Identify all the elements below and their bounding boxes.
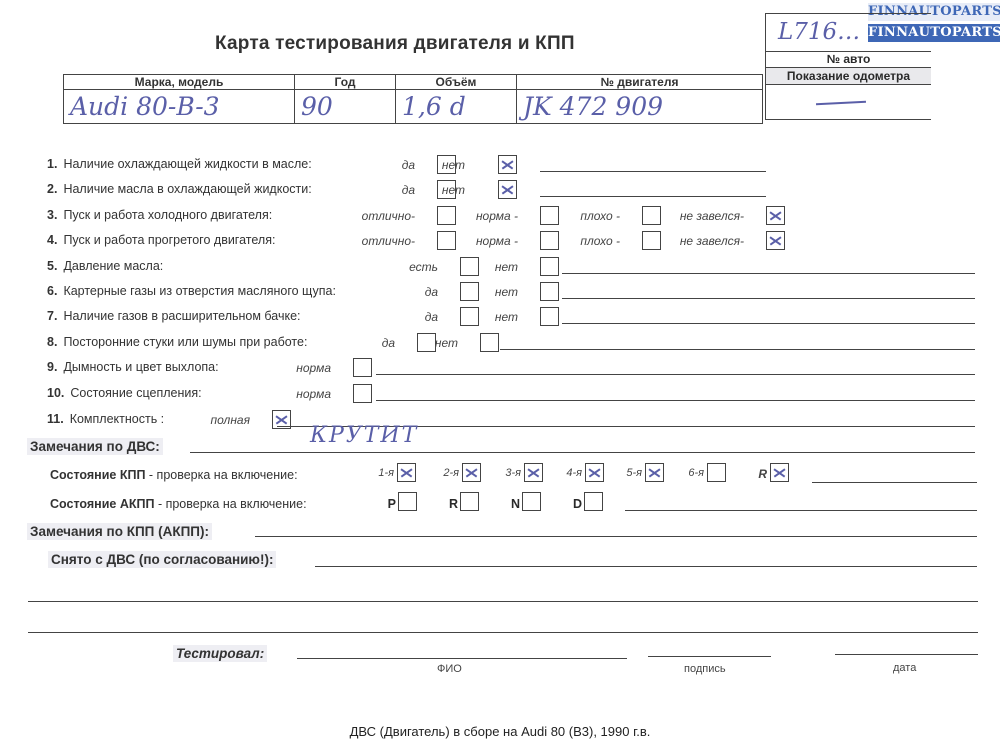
question-text: Наличие охлаждающей жидкости в масле:: [63, 157, 311, 171]
removed-from-engine-line[interactable]: [315, 566, 977, 567]
gear-label: 4-я: [566, 467, 582, 479]
question-number: 9.: [47, 360, 57, 374]
option-label: нет: [495, 285, 518, 299]
fio-caption: ФИО: [437, 663, 462, 675]
question-number: 6.: [47, 284, 57, 298]
auto-info-box: L716… № авто Показание одометра: [765, 13, 931, 120]
checkbox[interactable]: [498, 155, 517, 174]
column-header-year: Год: [295, 75, 396, 90]
checkbox[interactable]: [540, 231, 559, 250]
vehicle-info-table: Марка, модель Год Объём № двигателя Audi…: [63, 74, 763, 124]
checkbox[interactable]: [437, 231, 456, 250]
checkbox[interactable]: [437, 206, 456, 225]
fio-line[interactable]: [297, 658, 627, 659]
engine-number-field[interactable]: JK 472 909: [517, 90, 763, 124]
question-label: 2.Наличие масла в охлаждающей жидкости:: [47, 182, 312, 196]
option-label: нет: [495, 310, 518, 324]
question-text: Картерные газы из отверстия масляного щу…: [63, 284, 335, 298]
answer-line[interactable]: [540, 171, 766, 172]
question-text: Комплектность :: [70, 412, 164, 426]
gear-checkbox[interactable]: [645, 463, 664, 482]
question-number: 11.: [47, 412, 64, 426]
option-label: отлично-: [362, 209, 415, 223]
gear-label: 3-я: [505, 467, 521, 479]
question-text: Давление масла:: [63, 259, 163, 273]
checkbox[interactable]: [460, 307, 479, 326]
question-number: 1.: [47, 157, 57, 171]
answer-line[interactable]: [562, 273, 975, 274]
checkbox[interactable]: [540, 307, 559, 326]
option-label: плохо -: [580, 234, 620, 248]
gear-label: 5-я: [626, 467, 642, 479]
checkbox[interactable]: [540, 257, 559, 276]
option-label: не завелся-: [680, 234, 744, 248]
checkbox[interactable]: [498, 180, 517, 199]
question-text: Наличие газов в расширительном бачке:: [63, 309, 300, 323]
position-label: D: [573, 497, 582, 511]
removed-from-engine-label: Снято с ДВС (по согласованию!):: [48, 551, 276, 568]
option-label: да: [402, 183, 415, 197]
gear-checkbox[interactable]: [462, 463, 481, 482]
date-line[interactable]: [835, 654, 978, 655]
option-label: не завелся-: [680, 209, 744, 223]
auto-number-label: № авто: [766, 52, 931, 68]
position-label: N: [511, 497, 520, 511]
option-label: нет: [442, 183, 465, 197]
gear-label: 2-я: [443, 467, 459, 479]
gear-label: 6-я: [688, 467, 704, 479]
checkbox[interactable]: [642, 231, 661, 250]
image-caption: ДВС (Двигатель) в сборе на Audi 80 (B3),…: [0, 724, 1000, 739]
position-checkbox[interactable]: [460, 492, 479, 511]
checkbox[interactable]: [417, 333, 436, 352]
column-header-volume: Объём: [396, 75, 517, 90]
option-label: да: [402, 158, 415, 172]
option-label: да: [425, 285, 438, 299]
manual-gearbox-line: [812, 482, 977, 483]
year-field[interactable]: 90: [295, 90, 396, 124]
position-checkbox[interactable]: [584, 492, 603, 511]
option-label: плохо -: [580, 209, 620, 223]
checkbox[interactable]: [540, 282, 559, 301]
question-label: 4.Пуск и работа прогретого двигателя:: [47, 233, 275, 247]
checkbox[interactable]: [353, 384, 372, 403]
answer-line[interactable]: [562, 323, 975, 324]
volume-field[interactable]: 1,6 d: [396, 90, 517, 124]
extra-line-2[interactable]: [28, 632, 978, 633]
question-text: Состояние сцепления:: [70, 386, 201, 400]
option-label: норма: [296, 361, 331, 375]
question-label: 8.Посторонние стуки или шумы при работе:: [47, 335, 307, 349]
option-label: норма -: [476, 209, 518, 223]
answer-line[interactable]: [500, 349, 975, 350]
checkbox[interactable]: [353, 358, 372, 377]
remarks-engine-value[interactable]: КРУТИТ: [310, 423, 418, 448]
auto-gearbox-line: [625, 510, 977, 511]
column-header-model: Марка, модель: [64, 75, 295, 90]
gear-label: 1-я: [378, 467, 394, 479]
option-label: нет: [442, 158, 465, 172]
question-number: 10.: [47, 386, 64, 400]
auto-gearbox-label: Состояние АКПП - проверка на включение:: [50, 497, 307, 511]
checkbox[interactable]: [460, 257, 479, 276]
form-title: Карта тестирования двигателя и КПП: [215, 33, 575, 55]
question-label: 6.Картерные газы из отверстия масляного …: [47, 284, 336, 298]
tested-by-label: Тестировал:: [173, 645, 267, 662]
question-label: 10.Состояние сцепления:: [47, 386, 202, 400]
answer-line[interactable]: [562, 298, 975, 299]
question-number: 5.: [47, 259, 57, 273]
question-label: 11.Комплектность :: [47, 412, 164, 426]
gear-label: R: [758, 467, 767, 481]
question-label: 9.Дымность и цвет выхлопа:: [47, 360, 219, 374]
gear-checkbox[interactable]: [707, 463, 726, 482]
position-checkbox[interactable]: [398, 492, 417, 511]
signature-caption: подпись: [684, 663, 726, 675]
question-number: 8.: [47, 335, 57, 349]
gear-checkbox[interactable]: [585, 463, 604, 482]
question-text: Дымность и цвет выхлопа:: [63, 360, 218, 374]
question-number: 4.: [47, 233, 57, 247]
question-label: 7.Наличие газов в расширительном бачке:: [47, 309, 301, 323]
question-text: Пуск и работа холодного двигателя:: [63, 208, 272, 222]
option-label: нет: [435, 336, 458, 350]
answer-line[interactable]: [376, 374, 975, 375]
auto-number-field[interactable]: L716…: [766, 14, 931, 52]
position-label: R: [449, 497, 458, 511]
option-label: есть: [409, 260, 438, 274]
option-label: да: [382, 336, 395, 350]
manual-gearbox-label: Состояние КПП - проверка на включение:: [50, 468, 298, 482]
remarks-gearbox-label: Замечания по КПП (АКПП):: [27, 523, 212, 540]
question-number: 2.: [47, 182, 57, 196]
question-text: Посторонние стуки или шумы при работе:: [63, 335, 307, 349]
question-text: Наличие масла в охлаждающей жидкости:: [63, 182, 311, 196]
question-number: 7.: [47, 309, 57, 323]
position-label: P: [388, 497, 396, 511]
option-label: норма: [296, 387, 331, 401]
option-label: полная: [211, 413, 250, 427]
checkbox[interactable]: [766, 231, 785, 250]
column-header-engine-number: № двигателя: [517, 75, 763, 90]
answer-line[interactable]: [540, 196, 766, 197]
question-number: 3.: [47, 208, 57, 222]
extra-line-1[interactable]: [28, 601, 978, 602]
signature-line[interactable]: [648, 656, 771, 657]
checkbox[interactable]: [642, 206, 661, 225]
date-caption: дата: [893, 662, 916, 674]
question-label: 5.Давление масла:: [47, 259, 163, 273]
option-label: да: [425, 310, 438, 324]
option-label: норма -: [476, 234, 518, 248]
gear-checkbox[interactable]: [770, 463, 789, 482]
checkbox[interactable]: [766, 206, 785, 225]
model-field[interactable]: Audi 80-B-3: [64, 90, 295, 124]
question-label: 3.Пуск и работа холодного двигателя:: [47, 208, 272, 222]
odometer-label: Показание одометра: [766, 68, 931, 85]
gear-checkbox[interactable]: [524, 463, 543, 482]
remarks-engine-line: [190, 452, 975, 453]
option-label: нет: [495, 260, 518, 274]
remarks-engine-label: Замечания по ДВС:: [27, 438, 163, 455]
option-label: отлично-: [362, 234, 415, 248]
question-text: Пуск и работа прогретого двигателя:: [63, 233, 275, 247]
checkbox[interactable]: [540, 206, 559, 225]
checkbox[interactable]: [460, 282, 479, 301]
position-checkbox[interactable]: [522, 492, 541, 511]
gear-checkbox[interactable]: [397, 463, 416, 482]
remarks-gearbox-line[interactable]: [255, 536, 977, 537]
question-label: 1.Наличие охлаждающей жидкости в масле:: [47, 157, 312, 171]
answer-line[interactable]: [376, 400, 975, 401]
checkbox[interactable]: [480, 333, 499, 352]
